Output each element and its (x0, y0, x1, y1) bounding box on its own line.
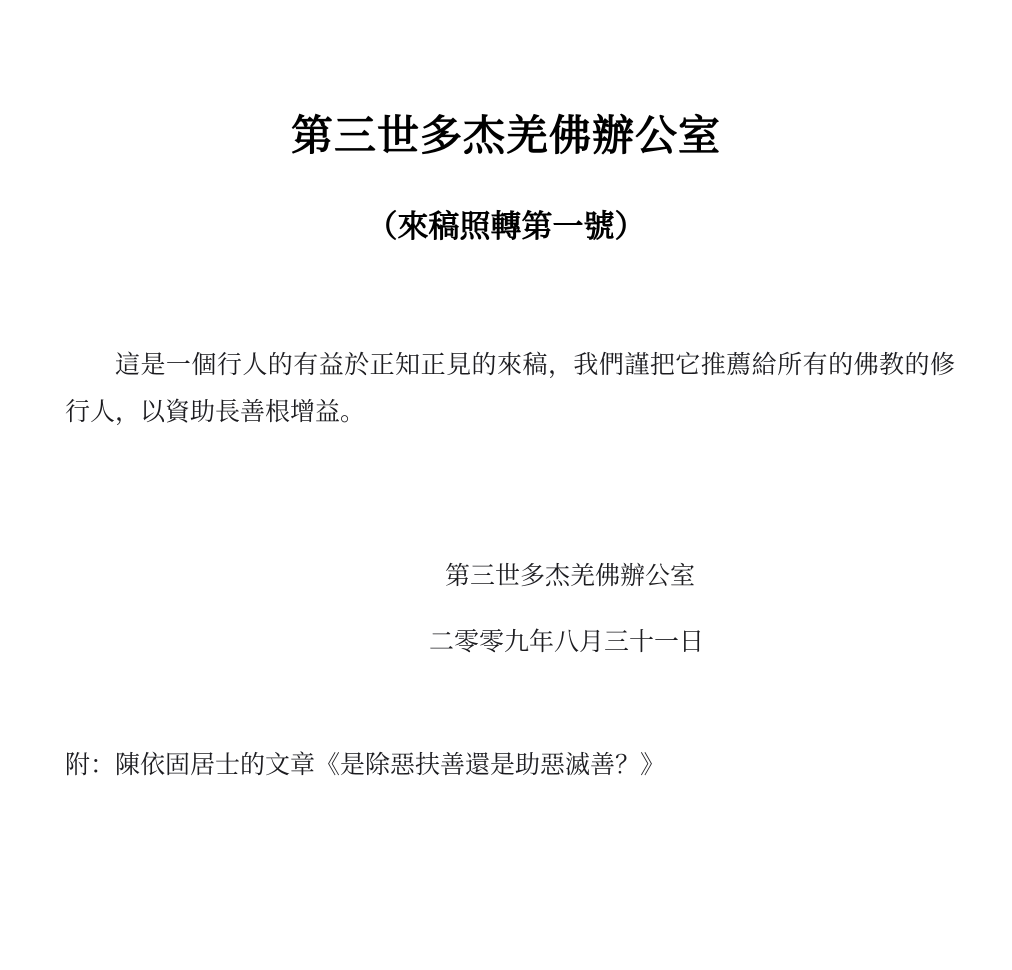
document-title: 第三世多杰羌佛辦公室 (0, 113, 1012, 161)
signature-line: 第三世多杰羌佛辦公室 (445, 562, 695, 592)
document-page: 第三世多杰羌佛辦公室 （來稿照轉第一號） 這是一個行人的有益於正知正見的來稿，我… (0, 0, 1012, 970)
date-line: 二零零九年八月三十一日 (429, 628, 704, 658)
body-paragraph: 這是一個行人的有益於正知正見的來稿，我們謹把它推薦給所有的佛教的修行人，以資助長… (65, 342, 955, 436)
document-subtitle: （來稿照轉第一號） (0, 208, 1012, 245)
attachment-note: 附：陳依固居士的文章《是除惡扶善還是助惡滅善？》 (65, 750, 955, 783)
